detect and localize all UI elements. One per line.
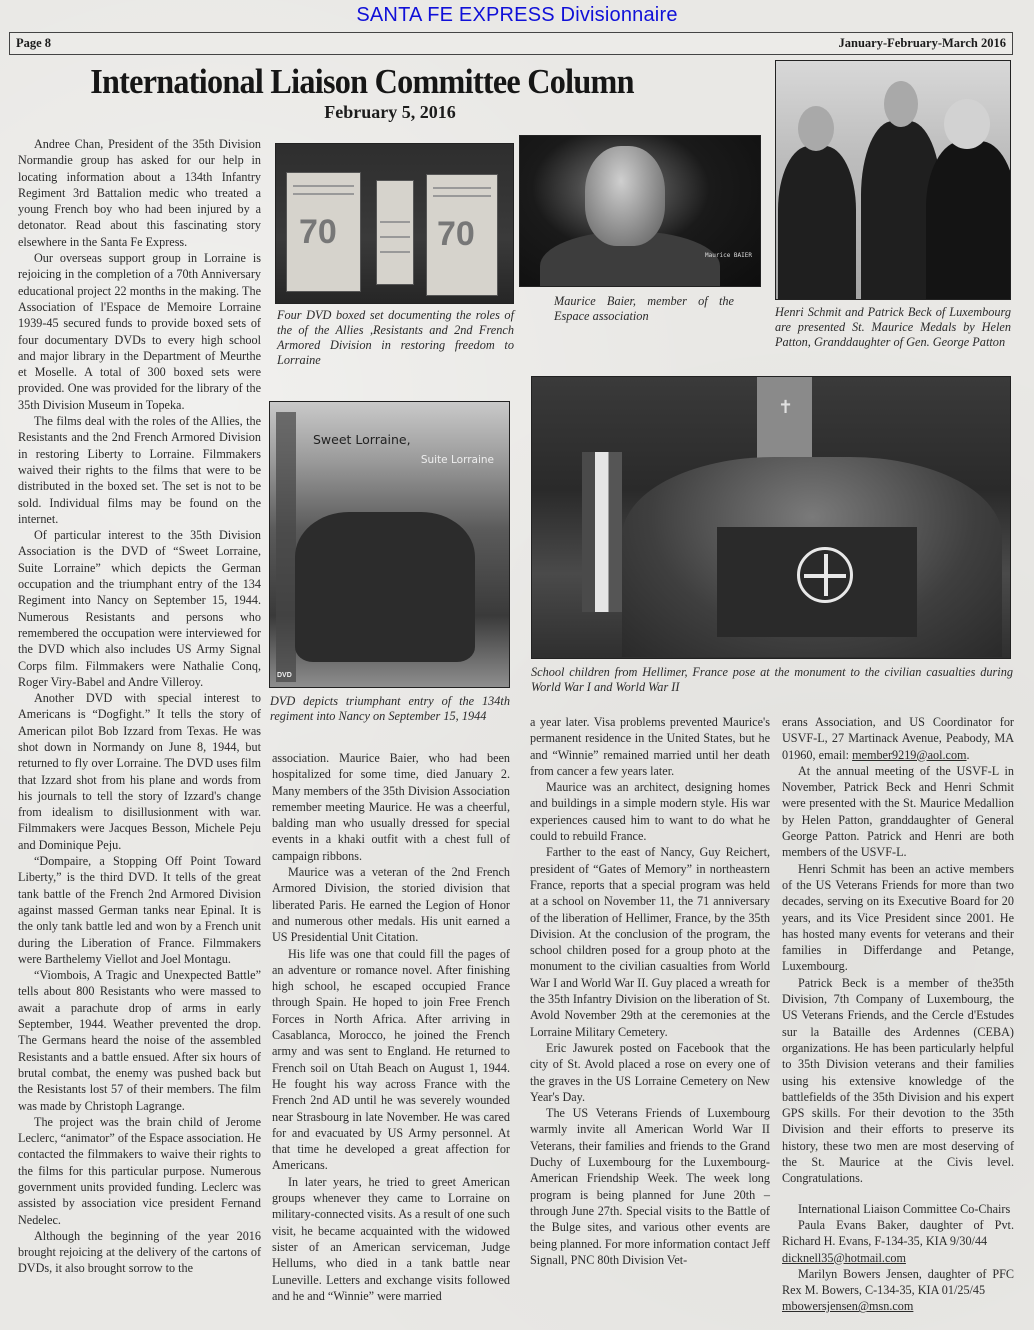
photo-caption: Four DVD boxed set documenting the roles…: [277, 308, 514, 368]
paragraph: His life was one that could fill the pag…: [272, 946, 510, 1174]
signoff: International Liaison Committee Co-Chair…: [782, 1201, 1014, 1217]
paragraph: Although the beginning of the year 2016 …: [18, 1228, 261, 1277]
photo-caption: School children from Hellimer, France po…: [531, 665, 1013, 695]
35th-division-banner: [717, 527, 917, 637]
photo-caption: Henri Schmit and Patrick Beck of Luxembo…: [775, 305, 1011, 350]
paragraph: erans Association, and US Coordinator fo…: [782, 714, 1014, 763]
paragraph: “Viombois, A Tragic and Unexpected Battl…: [18, 967, 261, 1114]
paragraph: Our overseas support group in Lorraine i…: [18, 250, 261, 413]
dvd-box: 70: [286, 172, 361, 292]
medal-presentation-photo: [775, 60, 1011, 300]
column-1: Andree Chan, President of the 35th Divis…: [18, 136, 261, 1277]
photo-caption: Maurice Baier, member of the Espace asso…: [554, 294, 734, 324]
dvd-title: Sweet Lorraine,: [313, 432, 411, 447]
paragraph: The US Veterans Friends of Luxembourg wa…: [530, 1105, 770, 1268]
page-number: Page 8: [16, 36, 51, 51]
dvd-boxset-photo: 70 70: [275, 143, 514, 304]
paragraph: Maurice was an architect, designing home…: [530, 779, 770, 844]
paragraph: In later years, he tried to greet Americ…: [272, 1174, 510, 1304]
paragraph: “Dompaire, a Stopping Off Point Toward L…: [18, 853, 261, 967]
column-3: a year later. Visa problems prevented Ma…: [530, 714, 770, 1268]
paragraph: Farther to the east of Nancy, Guy Reiche…: [530, 844, 770, 1040]
issue-date: January-February-March 2016: [839, 36, 1006, 51]
paragraph: Maurice was a veteran of the 2nd French …: [272, 864, 510, 945]
sweet-lorraine-dvd-cover: Sweet Lorraine, Suite Lorraine DVD: [269, 401, 510, 688]
dvd-logo: DVD: [277, 672, 292, 679]
paragraph: Patrick Beck is a member of the35th Divi…: [782, 975, 1014, 1187]
paragraph: Eric Jawurek posted on Facebook that the…: [530, 1040, 770, 1105]
paragraph: The films deal with the roles of the All…: [18, 413, 261, 527]
email-link[interactable]: dicknell35@hotmail.com: [782, 1251, 906, 1265]
dvd-box-spine: [376, 180, 414, 285]
page-header-bar: Page 8 January-February-March 2016: [9, 32, 1013, 55]
email-link[interactable]: mbowersjensen@msn.com: [782, 1299, 913, 1313]
nameplate: Maurice BAIER: [705, 252, 752, 259]
paragraph: At the annual meeting of the USVF-L in N…: [782, 763, 1014, 861]
french-flag: [582, 452, 622, 612]
paragraph: Another DVD with special interest to Ame…: [18, 690, 261, 853]
co-chair-1: Paula Evans Baker, daughter of Pvt. Rich…: [782, 1217, 1014, 1250]
paragraph: Of particular interest to the 35th Divis…: [18, 527, 261, 690]
column-4: erans Association, and US Coordinator fo…: [782, 714, 1014, 1315]
paragraph: Andree Chan, President of the 35th Divis…: [18, 136, 261, 250]
dvd-box: 70: [426, 174, 498, 296]
santa-fe-cross-icon: [797, 547, 853, 603]
paragraph: The project was the brain child of Jerom…: [18, 1114, 261, 1228]
dvd-subtitle: Suite Lorraine: [421, 454, 494, 466]
paragraph: association. Maurice Baier, who had been…: [272, 750, 510, 864]
co-chair-2: Marilyn Bowers Jensen, daughter of PFC R…: [782, 1266, 1014, 1299]
masthead: SANTA FE EXPRESS Divisionnaire: [0, 4, 1034, 27]
paragraph: a year later. Visa problems prevented Ma…: [530, 714, 770, 779]
email-link[interactable]: member9219@aol.com: [852, 748, 966, 762]
article-date: February 5, 2016: [260, 102, 520, 123]
paragraph: Henri Schmit has been an active members …: [782, 861, 1014, 975]
photo-caption: DVD depicts triumphant entry of the 134t…: [270, 694, 510, 724]
maurice-baier-photo: Maurice BAIER: [519, 135, 761, 287]
column-2: association. Maurice Baier, who had been…: [272, 750, 510, 1304]
school-children-photo: ✝: [531, 376, 1011, 659]
article-headline: International Liaison Committee Column: [40, 62, 684, 102]
